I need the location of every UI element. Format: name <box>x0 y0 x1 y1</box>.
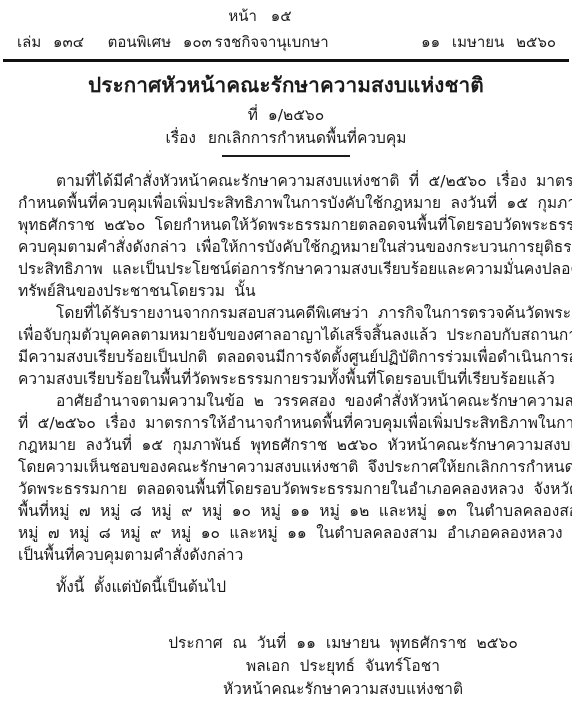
body-line: มีความสงบเรียบร้อยเป็นปกติ ตลอดจนมีการจั… <box>18 346 554 368</box>
body-line: โดยความเห็นชอบของคณะรักษาความสงบแห่งชาติ… <box>18 456 554 478</box>
body-line: ตามที่ได้มีคำสั่งหัวหน้าคณะรักษาความสงบแ… <box>18 170 554 192</box>
issued-date-line: ประกาศ ณ วันที่ ๑๑ เมษายน พุทธศักราช ๒๕๖… <box>113 632 572 655</box>
body-line: ความสงบเรียบร้อยในพื้นที่วัดพระธรรมกายรว… <box>18 368 554 390</box>
body-line: อาศัยอำนาจตามความในข้อ ๒ วรรคสอง ของคำสั… <box>18 390 554 412</box>
body-line: เพื่อจับกุมตัวบุคคลตามหมายจับของศาลอาญาไ… <box>18 324 554 346</box>
issue-label: ตอนพิเศษ ๑๐๓ ง <box>108 33 231 51</box>
publication-date: ๑๑ เมษายน ๒๕๖๐ <box>421 30 556 54</box>
body-line: ประสิทธิภาพ และเป็นประโยชน์ต่อการรักษาคว… <box>18 258 554 280</box>
announcement-title: ประกาศหัวหน้าคณะรักษาความสงบแห่งชาติ <box>0 72 572 98</box>
paragraph-3: อาศัยอำนาจตามความในข้อ ๒ วรรคสอง ของคำสั… <box>18 390 554 566</box>
gazette-page: หน้า ๑๕ เล่ม ๑๓๔ ตอนพิเศษ ๑๐๓ ง ราชกิจจา… <box>0 0 572 708</box>
body-line: ทรัพย์สินของประชาชนโดยรวม นั้น <box>18 280 554 302</box>
body-line: พุทธศักราช ๒๕๖๐ โดยกำหนดให้วัดพระธรรมกาย… <box>18 214 554 236</box>
document-body: ตามที่ได้มีคำสั่งหัวหน้าคณะรักษาความสงบแ… <box>0 170 572 598</box>
page-number: หน้า ๑๕ <box>0 6 546 26</box>
body-line: เป็นพื้นที่ควบคุมตามคำสั่งดังกล่าว <box>18 544 554 566</box>
announcement-number: ที่ ๑/๒๕๖๐ <box>0 105 572 125</box>
gazette-name: ราชกิจจานุเบกษา <box>215 30 329 54</box>
title-divider <box>222 155 350 157</box>
page-header: เล่ม ๑๓๔ ตอนพิเศษ ๑๐๓ ง ราชกิจจานุเบกษา … <box>0 30 572 54</box>
body-line: ควบคุมตามคำสั่งดังกล่าว เพื่อให้การบังคั… <box>18 236 554 258</box>
signer-title: หัวหน้าคณะรักษาความสงบแห่งชาติ <box>113 678 572 701</box>
signer-name: พลเอก ประยุทธ์ จันทร์โอชา <box>113 655 572 678</box>
body-line: พื้นที่หมู่ ๗ หมู่ ๘ หมู่ ๙ หมู่ ๑๐ หมู่… <box>18 500 554 522</box>
paragraph-2: โดยที่ได้รับรายงานจากกรมสอบสวนคดีพิเศษว่… <box>18 302 554 390</box>
signature-block: ประกาศ ณ วันที่ ๑๑ เมษายน พุทธศักราช ๒๕๖… <box>113 632 572 701</box>
body-line: กฎหมาย ลงวันที่ ๑๕ กุมภาพันธ์ พุทธศักราช… <box>18 434 554 456</box>
paragraph-1: ตามที่ได้มีคำสั่งหัวหน้าคณะรักษาความสงบแ… <box>18 170 554 302</box>
body-line: ทั้งนี้ ตั้งแต่บัดนี้เป็นต้นไป <box>18 576 554 598</box>
body-line: โดยที่ได้รับรายงานจากกรมสอบสวนคดีพิเศษว่… <box>18 302 554 324</box>
body-line: วัดพระธรรมกาย ตลอดจนพื้นที่โดยรอบวัดพระธ… <box>18 478 554 500</box>
announcement-subject: เรื่อง ยกเลิกการกำหนดพื้นที่ควบคุม <box>0 128 572 148</box>
header-rule <box>3 59 569 62</box>
paragraph-closing: ทั้งนี้ ตั้งแต่บัดนี้เป็นต้นไป <box>18 576 554 598</box>
body-line: ที่ ๕/๒๕๖๐ เรื่อง มาตรการให้อำนาจกำหนดพื… <box>18 412 554 434</box>
body-line: กำหนดพื้นที่ควบคุมเพื่อเพิ่มประสิทธิภาพใ… <box>18 192 554 214</box>
volume-issue: เล่ม ๑๓๔ ตอนพิเศษ ๑๐๓ ง <box>17 30 231 54</box>
volume-label: เล่ม ๑๓๔ <box>17 33 84 51</box>
body-line: หมู่ ๗ หมู่ ๘ หมู่ ๙ หมู่ ๑๐ และหมู่ ๑๑ … <box>18 522 554 544</box>
